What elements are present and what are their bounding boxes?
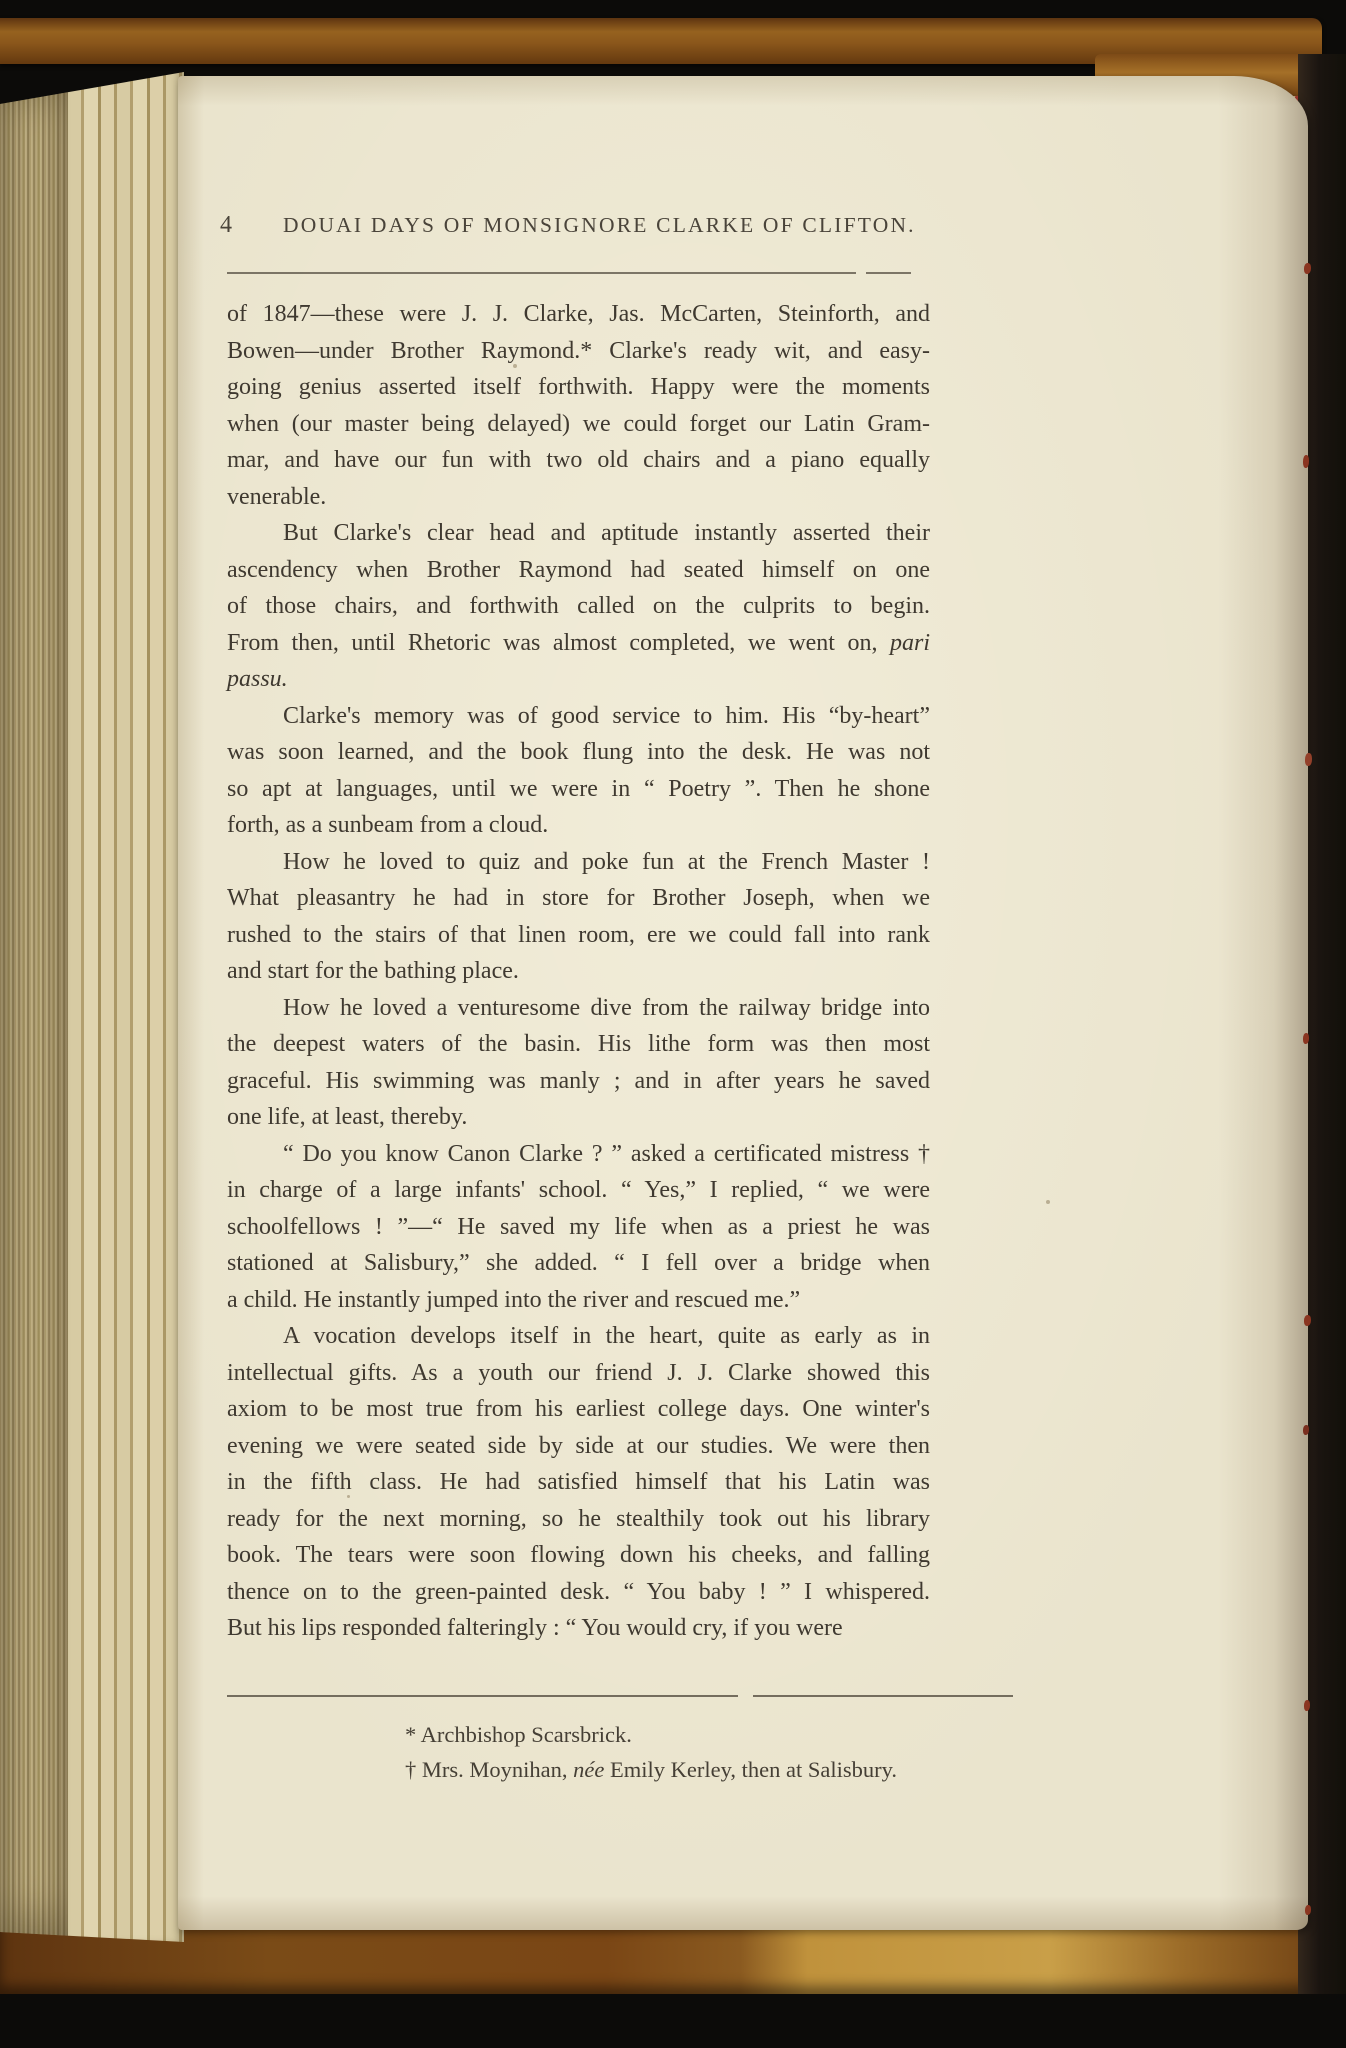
footnotes: * Archbishop Scarsbrick.† Mrs. Moynihan,… [405, 1717, 1005, 1787]
text-line: ready for the next morning, so he stealt… [227, 1501, 930, 1538]
book-page: 4 DOUAI DAYS OF MONSIGNORE CLARKE OF CLI… [178, 76, 1308, 1930]
text-line: intellectual gifts. As a youth our frien… [227, 1355, 930, 1392]
book-cover-bottom-band [0, 1926, 1346, 1994]
text-line: venerable. [227, 479, 930, 516]
text-line: the deepest waters of the basin. His lit… [227, 1026, 930, 1063]
text-line: From then, until Rhetoric was almost com… [227, 625, 930, 662]
text-line: Clarke's memory was of good service to h… [227, 698, 930, 735]
text-line: one life, at least, thereby. [227, 1099, 930, 1136]
text-line: in the fifth class. He had satisfied him… [227, 1464, 930, 1501]
page-header: 4 DOUAI DAYS OF MONSIGNORE CLARKE OF CLI… [227, 210, 930, 242]
text-line: ascendency when Brother Raymond had seat… [227, 552, 930, 589]
text-line: But his lips responded falteringly : “ Y… [227, 1610, 930, 1647]
text-line: thence on to the green-painted desk. “ Y… [227, 1574, 930, 1611]
text-line: Bowen—under Brother Raymond.* Clarke's r… [227, 333, 930, 370]
page-edges-fine [0, 68, 68, 1944]
paper-speck [1046, 1200, 1050, 1204]
text-line: rushed to the stairs of that linen room,… [227, 917, 930, 954]
text-line: mar, and have our fun with two old chair… [227, 442, 930, 479]
text-line: in charge of a large infants' school. “ … [227, 1172, 930, 1209]
text-line: evening we were seated side by side at o… [227, 1428, 930, 1465]
page-edges-steps [68, 68, 184, 1944]
paper-speck [513, 364, 517, 368]
header-rule [227, 272, 911, 274]
page-number: 4 [220, 212, 232, 239]
text-line: “ Do you know Canon Clarke ? ” asked a c… [227, 1136, 930, 1173]
text-line: schoolfellows ! ”—“ He saved my life whe… [227, 1209, 930, 1246]
text-line: so apt at languages, until we were in “ … [227, 771, 930, 808]
running-title: DOUAI DAYS OF MONSIGNORE CLARKE OF CLIFT… [283, 213, 883, 238]
text-line: was soon learned, and the book flung int… [227, 734, 930, 771]
edge-mark [1304, 1315, 1311, 1326]
edge-mark [1303, 1033, 1309, 1044]
text-line: going genius asserted itself forthwith. … [227, 369, 930, 406]
page-content: 4 DOUAI DAYS OF MONSIGNORE CLARKE OF CLI… [227, 76, 930, 1930]
text-line: when (our master being delayed) we could… [227, 406, 930, 443]
text-line: axiom to be most true from his earliest … [227, 1391, 930, 1428]
text-line: book. The tears were soon flowing down h… [227, 1537, 930, 1574]
edge-mark [1305, 1905, 1311, 1915]
text-line: What pleasantry he had in store for Brot… [227, 880, 930, 917]
edge-mark [1303, 455, 1309, 468]
edge-mark [1305, 753, 1312, 766]
text-line: But Clarke's clear head and aptitude ins… [227, 515, 930, 552]
text-line: stationed at Salisbury,” she added. “ I … [227, 1245, 930, 1282]
edge-mark [1304, 263, 1311, 274]
text-line: How he loved to quiz and poke fun at the… [227, 844, 930, 881]
book-scan: 4 DOUAI DAYS OF MONSIGNORE CLARKE OF CLI… [0, 0, 1346, 2048]
footnote-rule [227, 1695, 1013, 1697]
text-line: graceful. His swimming was manly ; and i… [227, 1063, 930, 1100]
text-line: a child. He instantly jumped into the ri… [227, 1282, 930, 1319]
text-line: passu. [227, 661, 930, 698]
edge-mark [1304, 1700, 1310, 1711]
text-line: A vocation develops itself in the heart,… [227, 1318, 930, 1355]
text-line: and start for the bathing place. [227, 953, 930, 990]
text-line: of those chairs, and forthwith called on… [227, 588, 930, 625]
text-line: How he loved a venturesome dive from the… [227, 990, 930, 1027]
page-edge-stack [0, 68, 184, 1944]
footnote-line: * Archbishop Scarsbrick. [405, 1717, 1005, 1752]
text-line: of 1847—these were J. J. Clarke, Jas. Mc… [227, 296, 930, 333]
paper-speck [347, 1495, 350, 1498]
edge-mark [1303, 1425, 1309, 1435]
footnote-line: † Mrs. Moynihan, née Emily Kerley, then … [405, 1752, 1005, 1787]
text-line: forth, as a sunbeam from a cloud. [227, 807, 930, 844]
body-text: of 1847—these were J. J. Clarke, Jas. Mc… [227, 296, 930, 1647]
